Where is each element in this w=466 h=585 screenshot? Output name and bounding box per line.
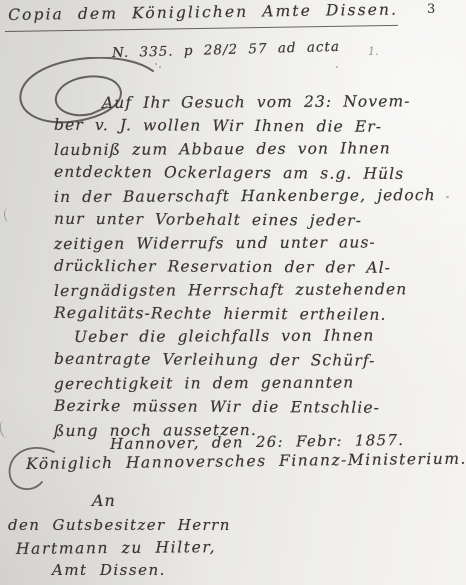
body-line: ber v. J. wollen Wir Ihnen die Er- — [54, 115, 456, 141]
scan-artifact — [0, 419, 13, 439]
address-salutation: An — [92, 491, 116, 510]
body-paragraph-1: Auf Ihr Gesuch vom 23: Novem- ber v. J. … — [54, 93, 456, 328]
body-line: entdeckten Ockerlagers am s.g. Hüls — [54, 162, 456, 188]
body-paragraph-2: Ueber die gleichfalls von Ihnen beantrag… — [54, 327, 456, 445]
body-line: drücklicher Reservation der der Al- — [54, 256, 456, 282]
scan-artifact — [3, 208, 13, 223]
dateline: Hannover, den 26: Febr: 1857. — [110, 431, 405, 453]
margin-mark: 1. — [368, 45, 379, 58]
scan-speck — [159, 66, 161, 68]
header-underline — [5, 25, 398, 32]
address-line: den Gutsbesitzer Herrn — [8, 516, 231, 534]
signature-line: Königlich Hannoversches Finanz-Ministeri… — [26, 450, 466, 473]
page-number: 3 — [427, 2, 435, 17]
scan-speck — [446, 196, 449, 198]
scanned-letter-page: 3 Copia dem Königlichen Amte Dissen. N. … — [0, 0, 466, 585]
address-line: Hartmann zu Hilter, — [16, 538, 216, 558]
body-line: laubniß zum Abbaue des von Ihnen — [54, 139, 456, 165]
body-line: zeitigen Widerrufs und unter aus- — [54, 233, 456, 259]
body-line: Ueber die gleichfalls von Ihnen — [74, 326, 456, 351]
address-line: Amt Dissen. — [52, 561, 166, 579]
body-line: nur unter Vorbehalt eines jeder- — [54, 209, 456, 235]
scan-speck — [336, 66, 338, 68]
body-line: Auf Ihr Gesuch vom 23: Novem- — [102, 92, 456, 117]
copy-header: Copia dem Königlichen Amte Dissen. — [8, 1, 398, 24]
body-line: Bezirke müssen Wir die Entschlie- — [54, 396, 456, 422]
scan-speck — [155, 63, 157, 65]
body-line: beantragte Verleihung der Schürf- — [54, 349, 456, 375]
body-line: gerechtigkeit in dem genannten — [54, 373, 456, 399]
scan-speck — [333, 49, 335, 51]
body-line: in der Bauerschaft Hankenberge, jedoch — [54, 186, 456, 212]
body-line: lergnädigsten Herrschaft zustehenden — [54, 280, 456, 306]
